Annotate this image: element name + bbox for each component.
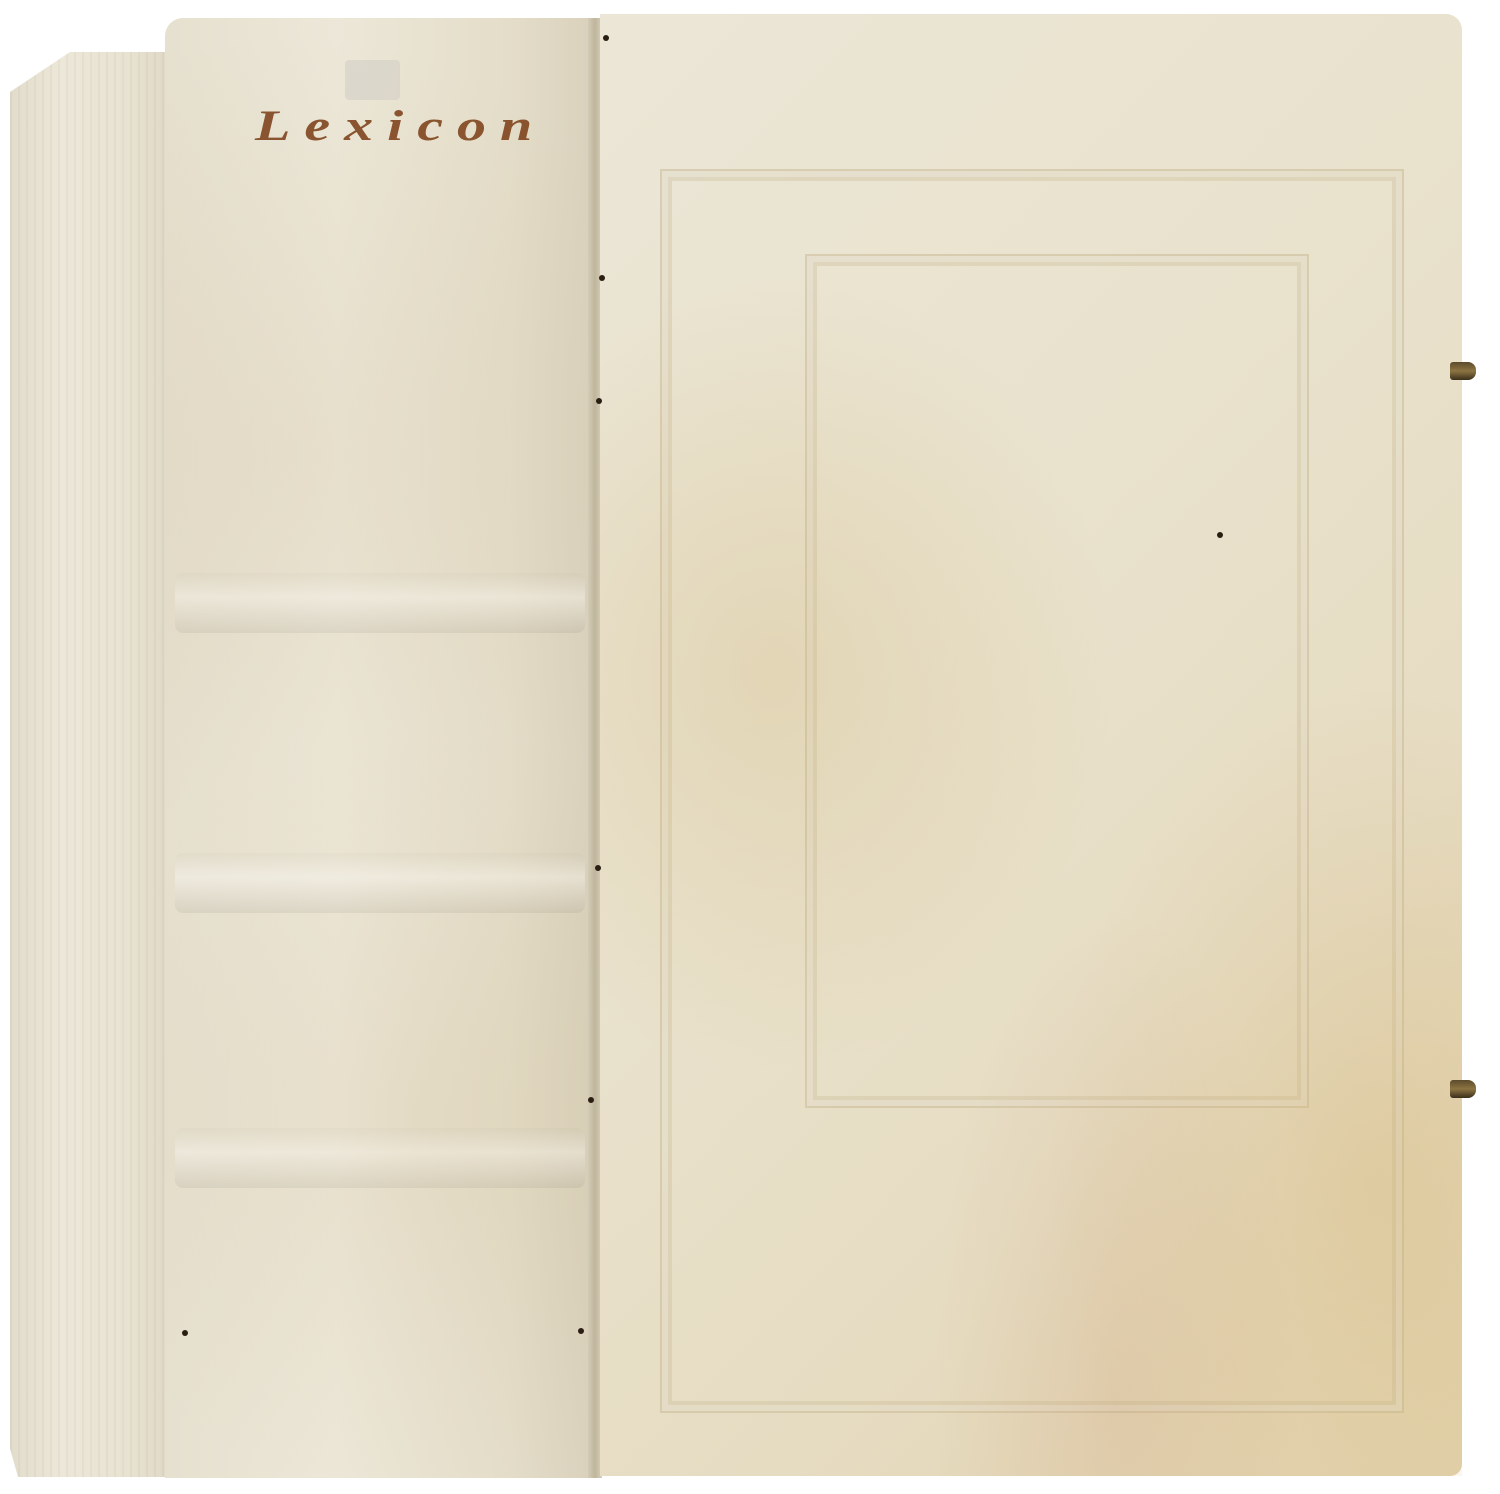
spine-raised-band xyxy=(175,853,585,913)
spine-raised-band xyxy=(175,1128,585,1188)
wormhole xyxy=(588,1097,594,1103)
wormhole xyxy=(599,275,605,281)
book-photo: Lexicon xyxy=(0,0,1500,1494)
spine-title: Lexicon xyxy=(255,100,546,150)
wormhole xyxy=(596,398,602,404)
book-fore-edge xyxy=(10,52,180,1477)
wormhole xyxy=(182,1330,188,1336)
wormhole xyxy=(578,1328,584,1334)
wormhole xyxy=(595,865,601,871)
clasp-pin-upper xyxy=(1450,362,1476,380)
blind-tooled-inner-panel xyxy=(805,254,1309,1108)
spine-label-remnant xyxy=(345,60,400,100)
wormhole xyxy=(1217,532,1223,538)
blind-tooled-outer-frame xyxy=(660,169,1404,1413)
book-spine xyxy=(165,18,595,1478)
spine-raised-band xyxy=(175,573,585,633)
clasp-pin-lower xyxy=(1450,1080,1476,1098)
front-cover xyxy=(600,14,1462,1476)
wormhole xyxy=(603,35,609,41)
